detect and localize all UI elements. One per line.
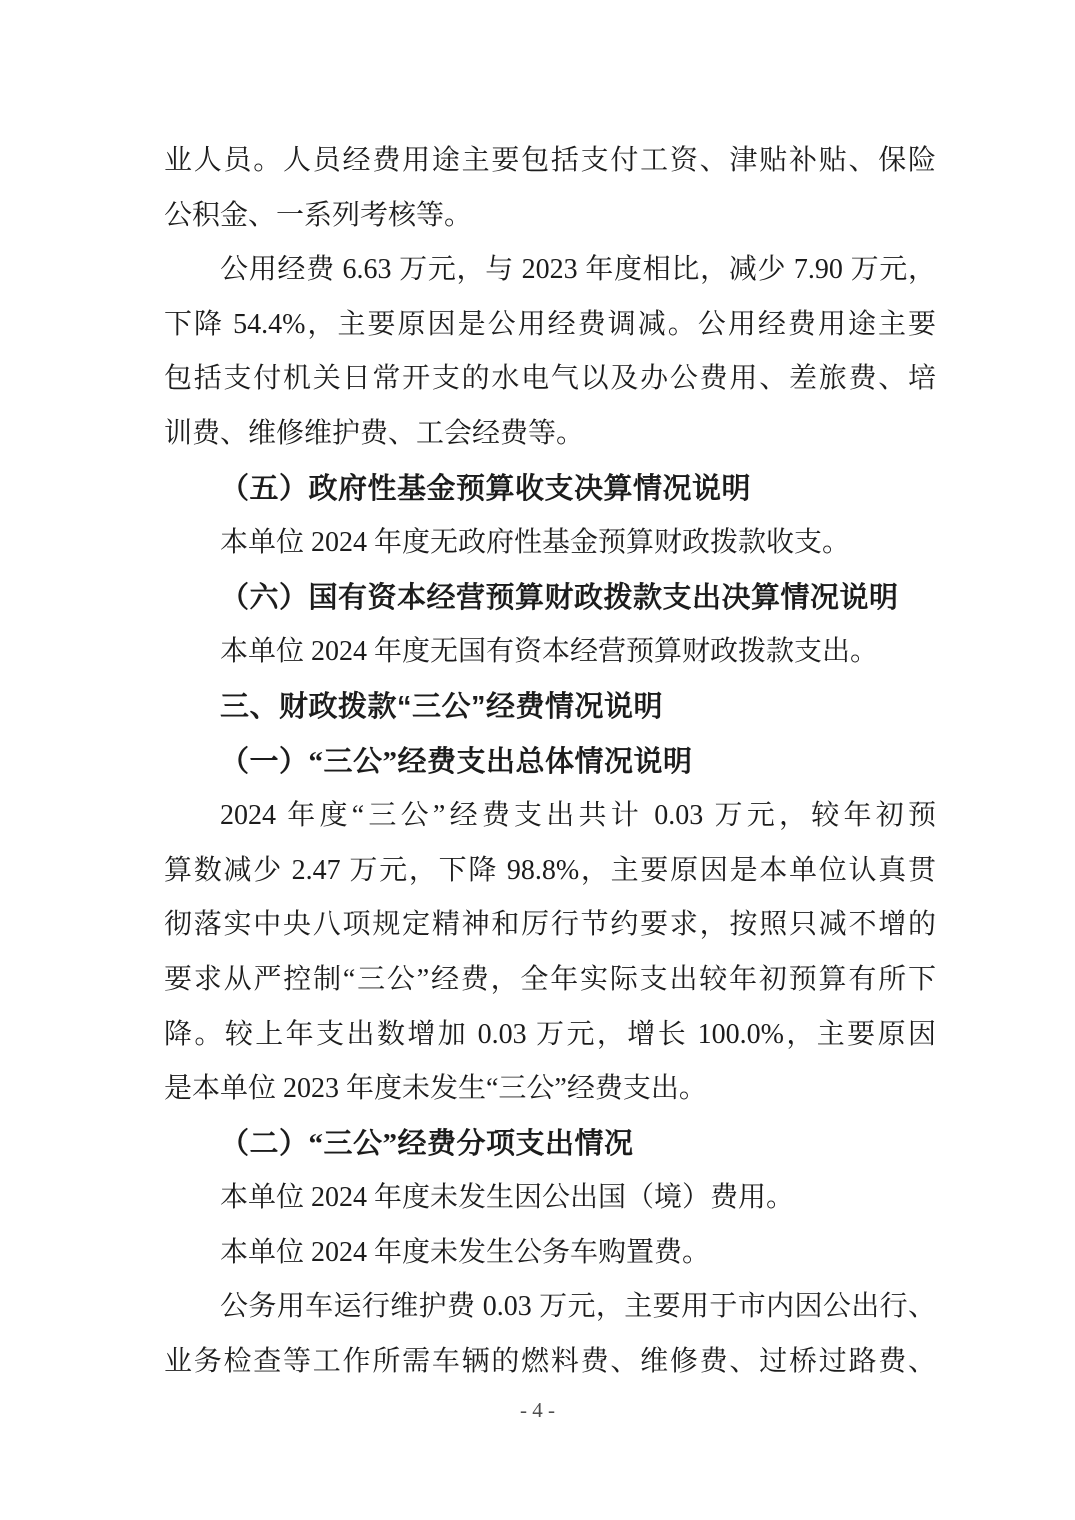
text-line: 下降 54.4%，主要原因是公用经费调减。公用经费用途主要 [164, 298, 936, 353]
text-line: 公务用车运行维护费 0.03 万元，主要用于市内因公出行、 [164, 1280, 936, 1335]
page-footer: - 4 - [0, 1398, 1075, 1423]
text-line: 公积金、一系列考核等。 [164, 189, 936, 244]
text-line: 彻落实中央八项规定精神和厉行节约要求，按照只减不增的 [164, 898, 936, 953]
text-line: 本单位 2024 年度未发生因公出国（境）费用。 [164, 1171, 936, 1226]
document-lines: 业人员。人员经费用途主要包括支付工资、津贴补贴、保险公积金、一系列考核等。公用经… [164, 134, 936, 1390]
text-line: 是本单位 2023 年度未发生“三公”经费支出。 [164, 1062, 936, 1117]
page-number: - 4 - [520, 1398, 555, 1422]
text-line: 算数减少 2.47 万元，下降 98.8%，主要原因是本单位认真贯 [164, 844, 936, 899]
heading-line: （二）“三公”经费分项支出情况 [164, 1117, 936, 1172]
text-line: 要求从严控制“三公”经费，全年实际支出较年初预算有所下 [164, 953, 936, 1008]
heading-line: 三、财政拨款“三公”经费情况说明 [164, 680, 936, 735]
text-line: 训费、维修维护费、工会经费等。 [164, 407, 936, 462]
text-line: 2024 年度“三公”经费支出共计 0.03 万元，较年初预 [164, 789, 936, 844]
text-line: 本单位 2024 年度无政府性基金预算财政拨款收支。 [164, 516, 936, 571]
heading-line: （一）“三公”经费支出总体情况说明 [164, 735, 936, 790]
text-line: 包括支付机关日常开支的水电气以及办公费用、差旅费、培 [164, 352, 936, 407]
text-line: 公用经费 6.63 万元，与 2023 年度相比，减少 7.90 万元， [164, 243, 936, 298]
heading-line: （六）国有资本经营预算财政拨款支出决算情况说明 [164, 571, 936, 626]
text-line: 本单位 2024 年度无国有资本经营预算财政拨款支出。 [164, 625, 936, 680]
text-line: 本单位 2024 年度未发生公务车购置费。 [164, 1226, 936, 1281]
text-line: 业务检查等工作所需车辆的燃料费、维修费、过桥过路费、 [164, 1335, 936, 1390]
document-page: 业人员。人员经费用途主要包括支付工资、津贴补贴、保险公积金、一系列考核等。公用经… [0, 0, 1075, 1520]
text-line: 降。较上年支出数增加 0.03 万元，增长 100.0%，主要原因 [164, 1008, 936, 1063]
heading-line: （五）政府性基金预算收支决算情况说明 [164, 462, 936, 517]
text-line: 业人员。人员经费用途主要包括支付工资、津贴补贴、保险 [164, 134, 936, 189]
